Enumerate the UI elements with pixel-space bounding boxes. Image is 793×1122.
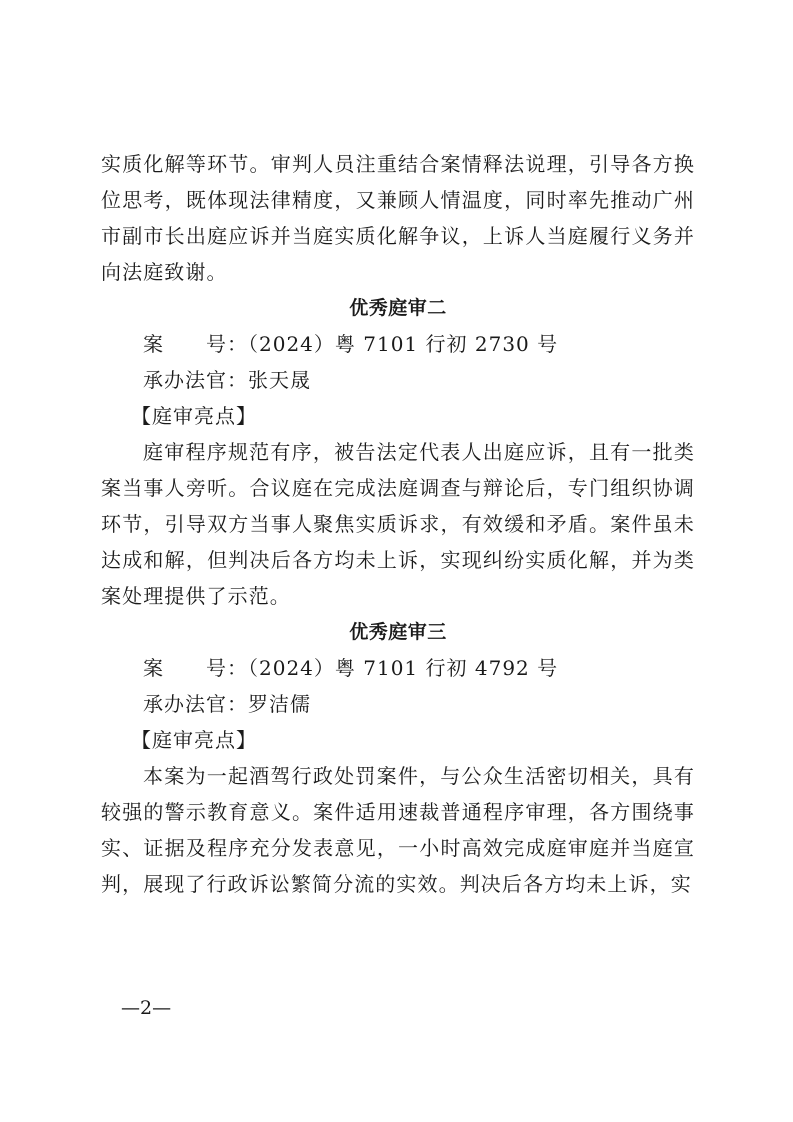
case-number-line: 案号：（2024）粤 7101 行初 4792 号 (101, 650, 695, 686)
case-number: （2024）粤 7101 行初 4792 号 (248, 656, 558, 680)
case-label-b: 号： (206, 332, 248, 356)
section-title: 优秀庭审二 (101, 290, 695, 326)
highlight-label: 【庭审亮点】 (101, 398, 695, 434)
case-label-a: 案 (143, 332, 164, 356)
judge-name: 张天晟 (248, 368, 311, 392)
case-number: （2024）粤 7101 行初 2730 号 (248, 332, 558, 356)
section-excellent-trial-3: 优秀庭审三 案号：（2024）粤 7101 行初 4792 号 承办法官：罗洁儒… (101, 614, 695, 902)
highlight-label: 【庭审亮点】 (101, 722, 695, 758)
document-page: 实质化解等环节。审判人员注重结合案情释法说理，引导各方换位思考，既体现法律精度，… (101, 146, 695, 902)
section-excellent-trial-2: 优秀庭审二 案号：（2024）粤 7101 行初 2730 号 承办法官：张天晟… (101, 290, 695, 614)
judge-line: 承办法官：张天晟 (101, 362, 695, 398)
judge-name: 罗洁儒 (248, 692, 311, 716)
judge-line: 承办法官：罗洁儒 (101, 686, 695, 722)
highlight-text: 本案为一起酒驾行政处罚案件，与公众生活密切相关，具有较强的警示教育意义。案件适用… (101, 758, 695, 902)
section-title: 优秀庭审三 (101, 614, 695, 650)
intro-paragraph: 实质化解等环节。审判人员注重结合案情释法说理，引导各方换位思考，既体现法律精度，… (101, 146, 695, 290)
highlight-text: 庭审程序规范有序，被告法定代表人出庭应诉，且有一批类案当事人旁听。合议庭在完成法… (101, 434, 695, 614)
page-number: —2— (121, 996, 171, 1020)
case-label-b: 号： (206, 656, 248, 680)
judge-label: 承办法官： (143, 368, 248, 392)
judge-label: 承办法官： (143, 692, 248, 716)
case-number-line: 案号：（2024）粤 7101 行初 2730 号 (101, 326, 695, 362)
case-label-a: 案 (143, 656, 164, 680)
